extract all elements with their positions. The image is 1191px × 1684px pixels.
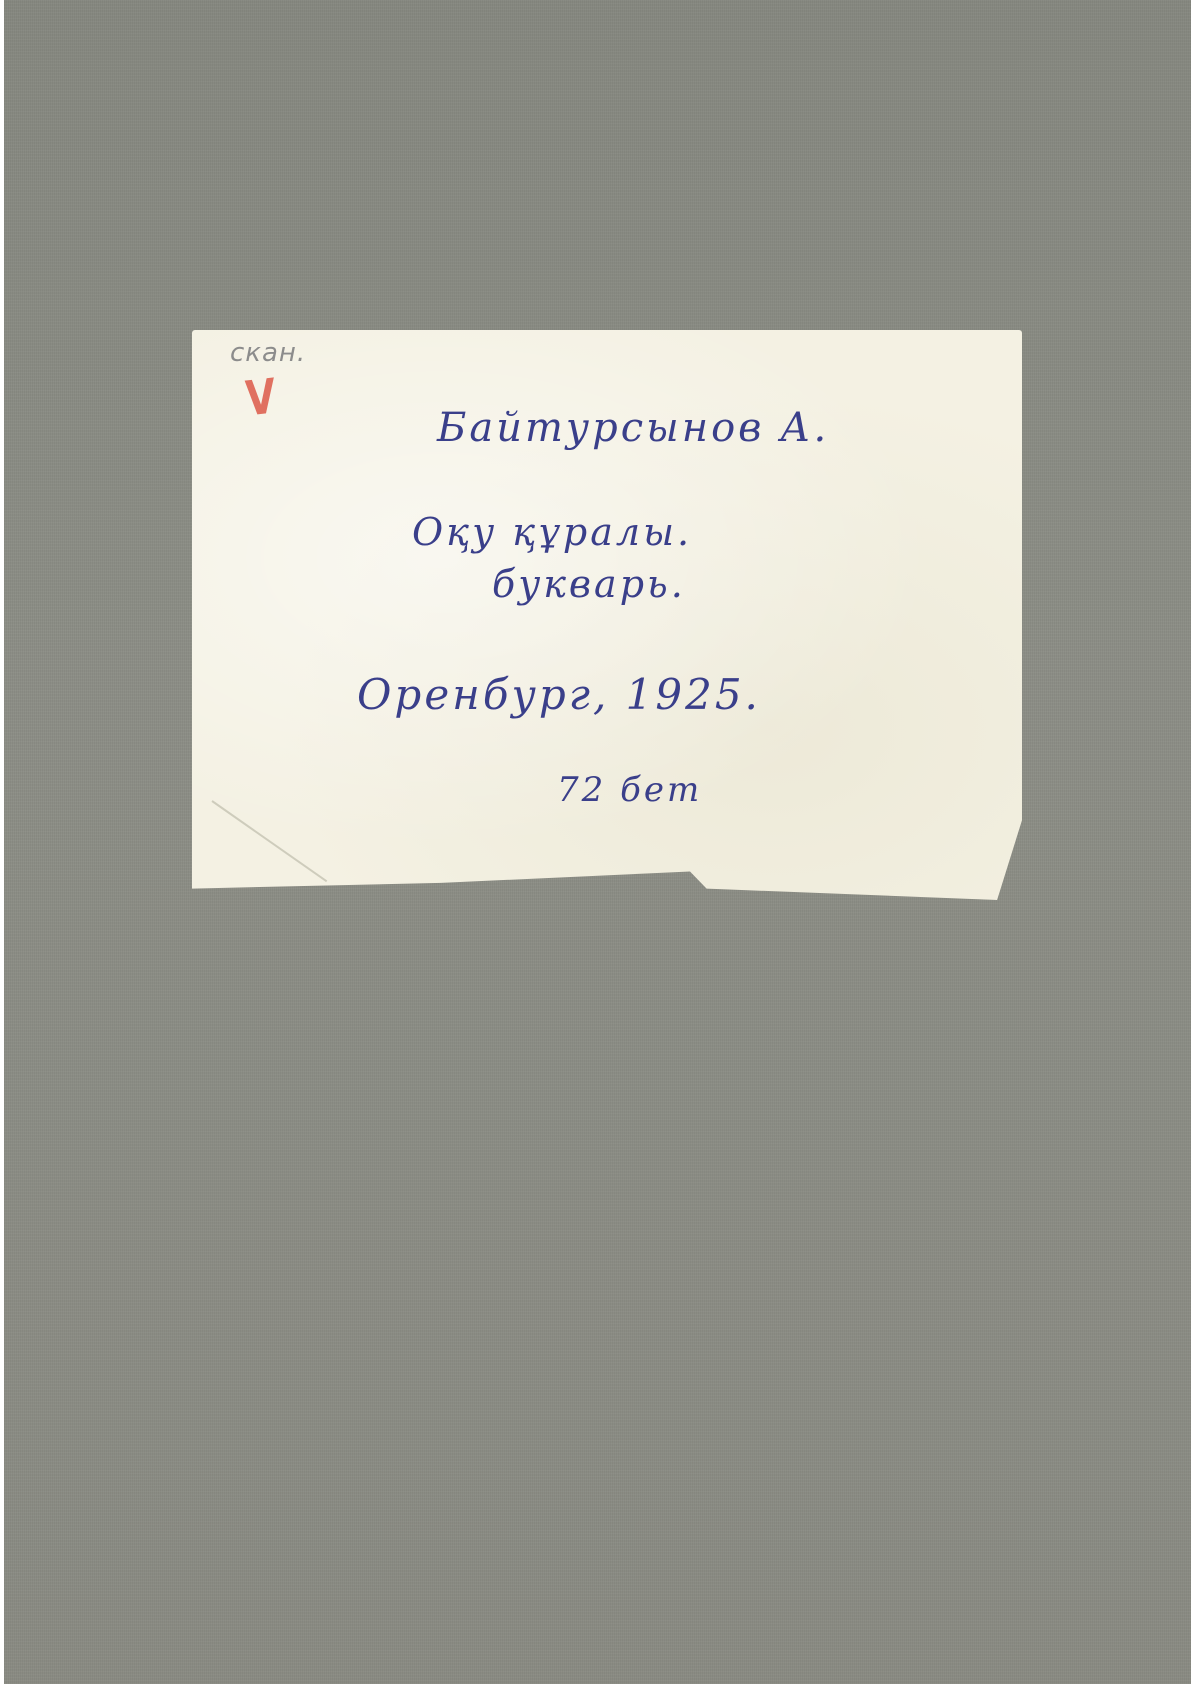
title-line-2: букварь. — [492, 562, 686, 606]
folder-cover: скан. V Байтурсынов А. Оқу құралы. буква… — [4, 0, 1191, 1684]
author-name: Байтурсынов А. — [437, 405, 829, 451]
red-check-mark-icon: V — [244, 368, 278, 427]
page-count: 72 бет — [557, 770, 702, 810]
scan-pencil-note: скан. — [230, 338, 306, 368]
title-line-1: Оқу құралы. — [412, 510, 692, 554]
publication-place-year: Оренбург, 1925. — [357, 670, 761, 719]
paper-fold-crease — [211, 800, 327, 882]
catalog-label-card: скан. V Байтурсынов А. Оқу құралы. буква… — [192, 330, 1022, 900]
